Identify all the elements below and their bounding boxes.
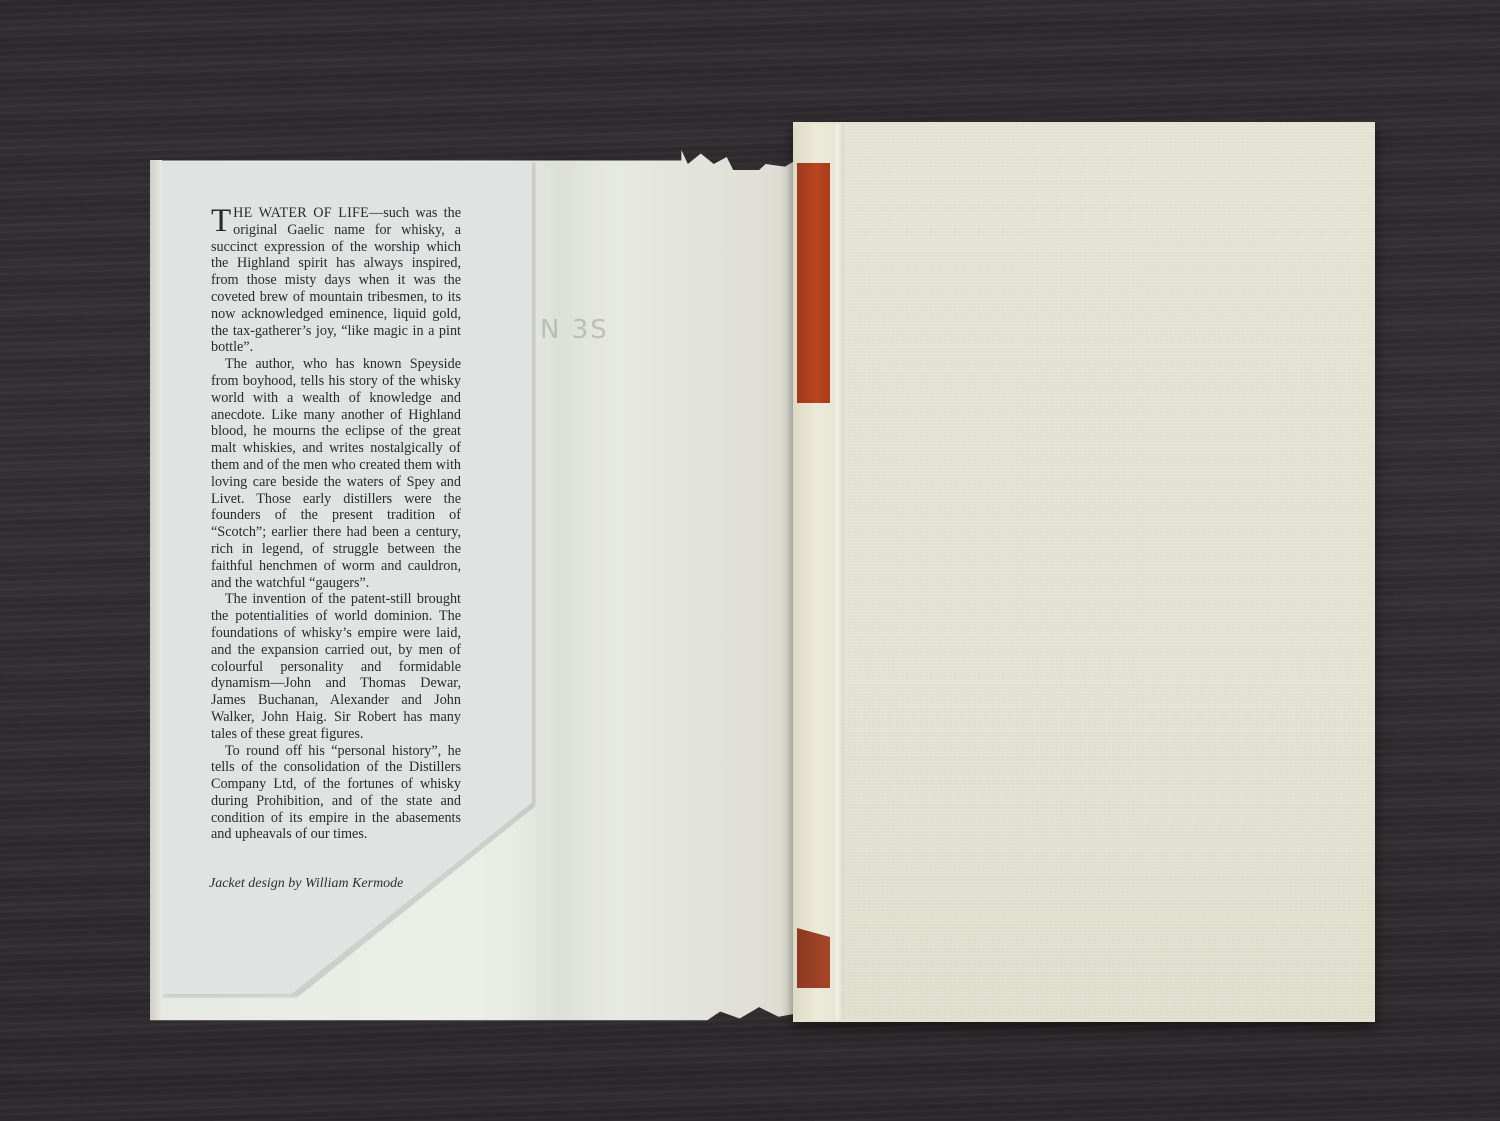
cloth-front-cover <box>844 124 1375 1020</box>
spine-label-top <box>797 163 830 403</box>
blurb-paragraph-3: The invention of the patent-still brough… <box>211 591 461 742</box>
blurb-paragraph-1: THE WATER OF LIFE—such was the original … <box>211 205 461 356</box>
blurb-lead-caps: HE WATER OF LIFE <box>233 205 369 221</box>
blurb-paragraph-2: The author, who has known Speyside from … <box>211 356 461 591</box>
blurb-text: —such was the original Gaelic name for w… <box>211 205 461 355</box>
book-hinge <box>836 124 844 1020</box>
jacket-fold-edge <box>150 160 162 1020</box>
jacket-design-credit: Jacket design by William Kermode <box>209 876 403 892</box>
spine-label-bottom <box>797 928 830 988</box>
flap-blurb: THE WATER OF LIFE—such was the original … <box>211 205 461 843</box>
faded-stamp: N 3S <box>540 315 630 375</box>
drop-cap: T <box>211 207 231 235</box>
blurb-paragraph-4: To round off his “personal history”, he … <box>211 743 461 844</box>
